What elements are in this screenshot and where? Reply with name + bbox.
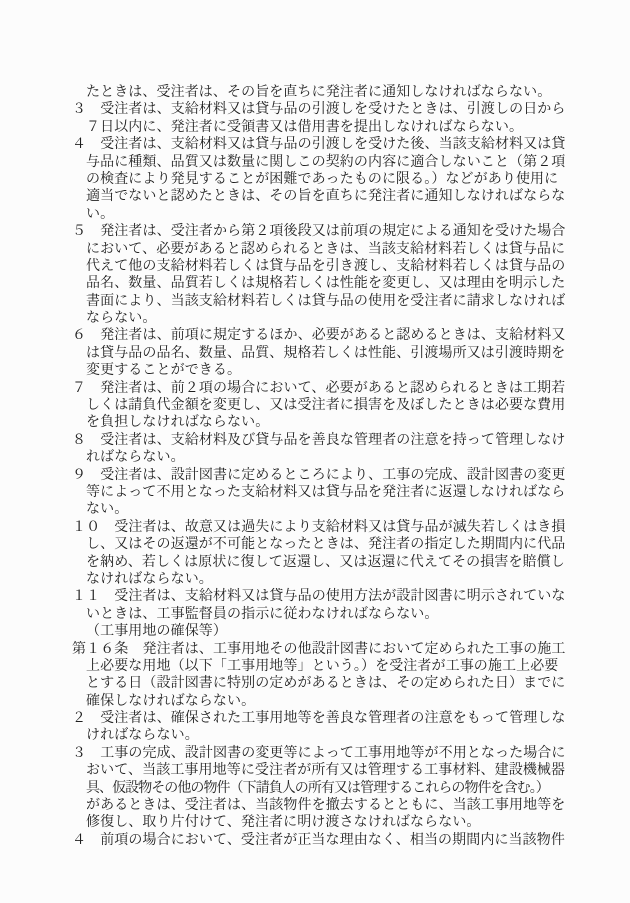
contract-text-block: たときは、受注者は、その旨を直ちに発注者に通知しなければならない。３ 受注者は、… [72,84,572,849]
text-line: ９ 受注者は、設計図書に定めるところにより、工事の完成、設計図書の変更 [72,467,572,484]
text-line: 確保しなければならない。 [72,693,572,710]
text-line: ればならない。 [72,449,572,466]
text-line: 書面により、当該支給材料若しくは貸与品の使用を受注者に請求しなければ [72,293,572,310]
text-line: おいて、当該工事用地等に受注者が所有又は管理する工事材料、建設機械器 [72,762,572,779]
text-line: の検査により発見することが困難であったものに限る。）などがあり使用に [72,171,572,188]
text-line: を納め、若しくは原状に復して返還し、又は返還に代えてその損害を賠償し [72,554,572,571]
text-line: ３ 受注者は、支給材料又は貸与品の引渡しを受けたときは、引渡しの日から [72,101,572,118]
text-line: 代えて他の支給材料若しくは貸与品を引き渡し、支給材料若しくは貸与品の [72,258,572,275]
text-line: ない。 [72,501,572,518]
text-line: し、又はその返還が不可能となったときは、発注者の指定した期間内に代品 [72,536,572,553]
text-line: ければならない。 [72,727,572,744]
text-line: ならない。 [72,310,572,327]
text-line: たときは、受注者は、その旨を直ちに発注者に通知しなければならない。 [72,84,572,101]
text-line: 品名、数量、品質若しくは規格若しくは性能を変更し、又は理由を明示した [72,275,572,292]
text-line: を負担しなければならない。 [72,414,572,431]
text-line: 修復し、取り片付けて、発注者に明け渡さなければならない。 [72,814,572,831]
text-line: ６ 発注者は、前項に規定するほか、必要があると認めるときは、支給材料又 [72,327,572,344]
text-line: ７日以内に、発注者に受領書又は借用書を提出しなければならない。 [72,119,572,136]
text-line: 適当でないと認めたときは、その旨を直ちに発注者に通知しなければならな [72,188,572,205]
text-line: は貸与品の品名、数量、品質、規格若しくは性能、引渡場所又は引渡時期を [72,345,572,362]
text-line: 上必要な用地（以下「工事用地等」という。）を受注者が工事の施工上必要 [72,658,572,675]
text-line: なければならない。 [72,571,572,588]
text-line: ４ 前項の場合において、受注者が正当な理由なく、相当の期間内に当該物件 [72,832,572,849]
text-line: 与品に種類、品質又は数量に関しこの契約の内容に適合しないこと（第２項 [72,154,572,171]
text-line: ２ 受注者は、確保された工事用地等を善良な管理者の注意をもって管理しな [72,710,572,727]
text-line: ４ 受注者は、支給材料又は貸与品の引渡しを受けた後、当該支給材料又は貸 [72,136,572,153]
text-line: 具、仮設物その他の物件（下請負人の所有又は管理するこれらの物件を含む。） [72,780,572,797]
text-line: １１ 受注者は、支給材料又は貸与品の使用方法が設計図書に明示されていな [72,588,572,605]
text-line: 第１６条 発注者は、工事用地その他設計図書において定められた工事の施工 [72,641,572,658]
text-line: ５ 発注者は、受注者から第２項後段又は前項の規定による通知を受けた場合 [72,223,572,240]
text-line: 等によって不用となった支給材料又は貸与品を発注者に返還しなければなら [72,484,572,501]
text-line: １０ 受注者は、故意又は過失により支給材料又は貸与品が滅失若しくはき損 [72,519,572,536]
text-line: ３ 工事の完成、設計図書の変更等によって工事用地等が不用となった場合に [72,745,572,762]
text-line: があるときは、受注者は、当該物件を撤去するとともに、当該工事用地等を [72,797,572,814]
text-line: い。 [72,206,572,223]
document-page: たときは、受注者は、その旨を直ちに発注者に通知しなければならない。３ 受注者は、… [0,0,630,903]
text-line: とする日（設計図書に特別の定めがあるときは、その定められた日）までに [72,675,572,692]
text-line: 変更することができる。 [72,362,572,379]
text-line: ７ 発注者は、前２項の場合において、必要があると認められるときは工期若 [72,380,572,397]
text-line: ８ 受注者は、支給材料及び貸与品を善良な管理者の注意を持って管理しなけ [72,432,572,449]
text-line: において、必要があると認められるときは、当該支給材料若しくは貸与品に [72,241,572,258]
text-line: いときは、工事監督員の指示に従わなければならない。 [72,606,572,623]
text-line: しくは請負代金額を変更し、又は受注者に損害を及ぼしたときは必要な費用 [72,397,572,414]
text-line: （工事用地の確保等） [72,623,572,640]
